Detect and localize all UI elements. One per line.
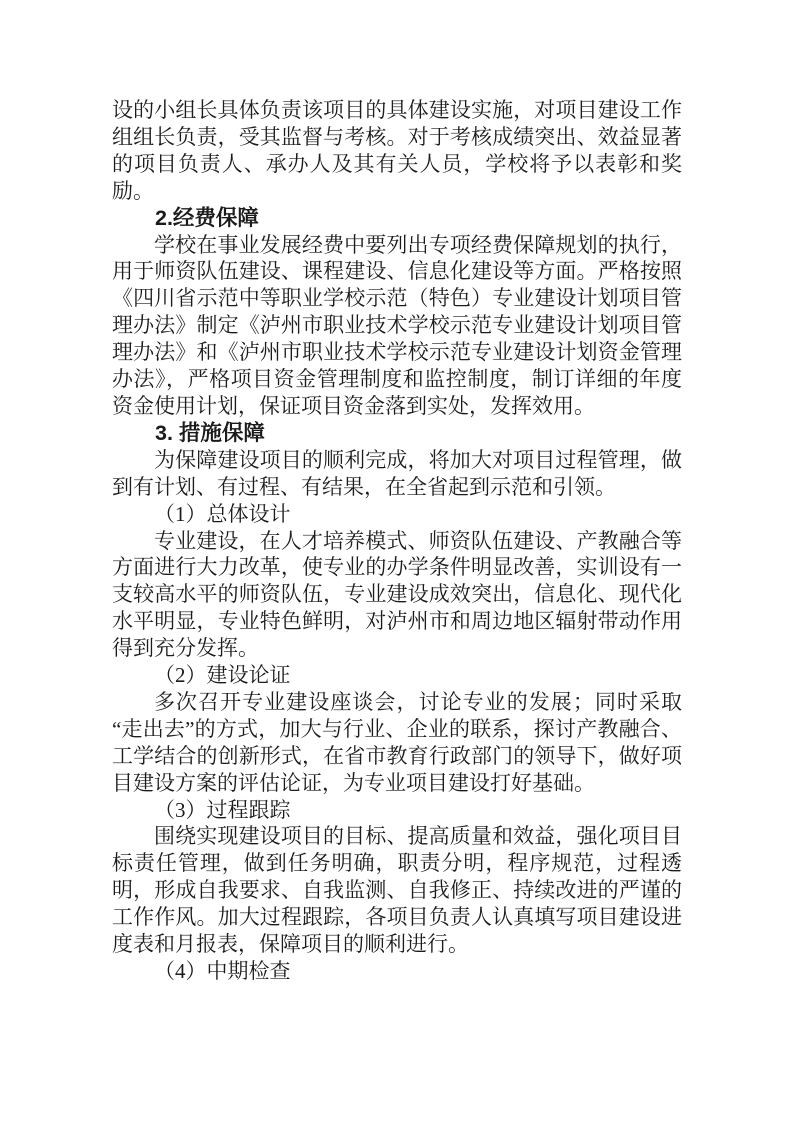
section-heading-measure-guarantee: 3. 措施保障 — [112, 420, 682, 447]
page-body: 设的小组长具体负责该项目的具体建设实施，对项目建设工作组组长负责，受其监督与考核… — [112, 97, 682, 985]
paragraph-overall-design: 专业建设，在人才培养模式、师资队伍建设、产教融合等方面进行大力改革，使专业的办学… — [112, 528, 682, 663]
subheading-midterm-inspection: （4）中期检查 — [112, 958, 682, 985]
subheading-overall-design: （1）总体设计 — [112, 501, 682, 528]
paragraph-funding-guarantee: 学校在事业发展经费中要列出专项经费保障规划的执行，用于师资队伍建设、课程建设、信… — [112, 232, 682, 420]
paragraph-construction-review: 多次召开专业建设座谈会，讨论专业的发展；同时采取“走出去”的方式，加大与行业、企… — [112, 689, 682, 797]
paragraph-process-tracking: 围绕实现建设项目的目标、提高质量和效益，强化项目目标责任管理，做到任务明确，职责… — [112, 823, 682, 958]
subheading-process-tracking: （3）过程跟踪 — [112, 797, 682, 824]
section-heading-funding-guarantee: 2.经费保障 — [112, 205, 682, 232]
subheading-construction-review: （2）建设论证 — [112, 662, 682, 689]
paragraph-measure-intro: 为保障建设项目的顺利完成，将加大对项目过程管理，做到有计划、有过程、有结果，在全… — [112, 447, 682, 501]
paragraph-carryover: 设的小组长具体负责该项目的具体建设实施，对项目建设工作组组长负责，受其监督与考核… — [112, 97, 682, 205]
document-page: 设的小组长具体负责该项目的具体建设实施，对项目建设工作组组长负责，受其监督与考核… — [0, 0, 793, 1122]
